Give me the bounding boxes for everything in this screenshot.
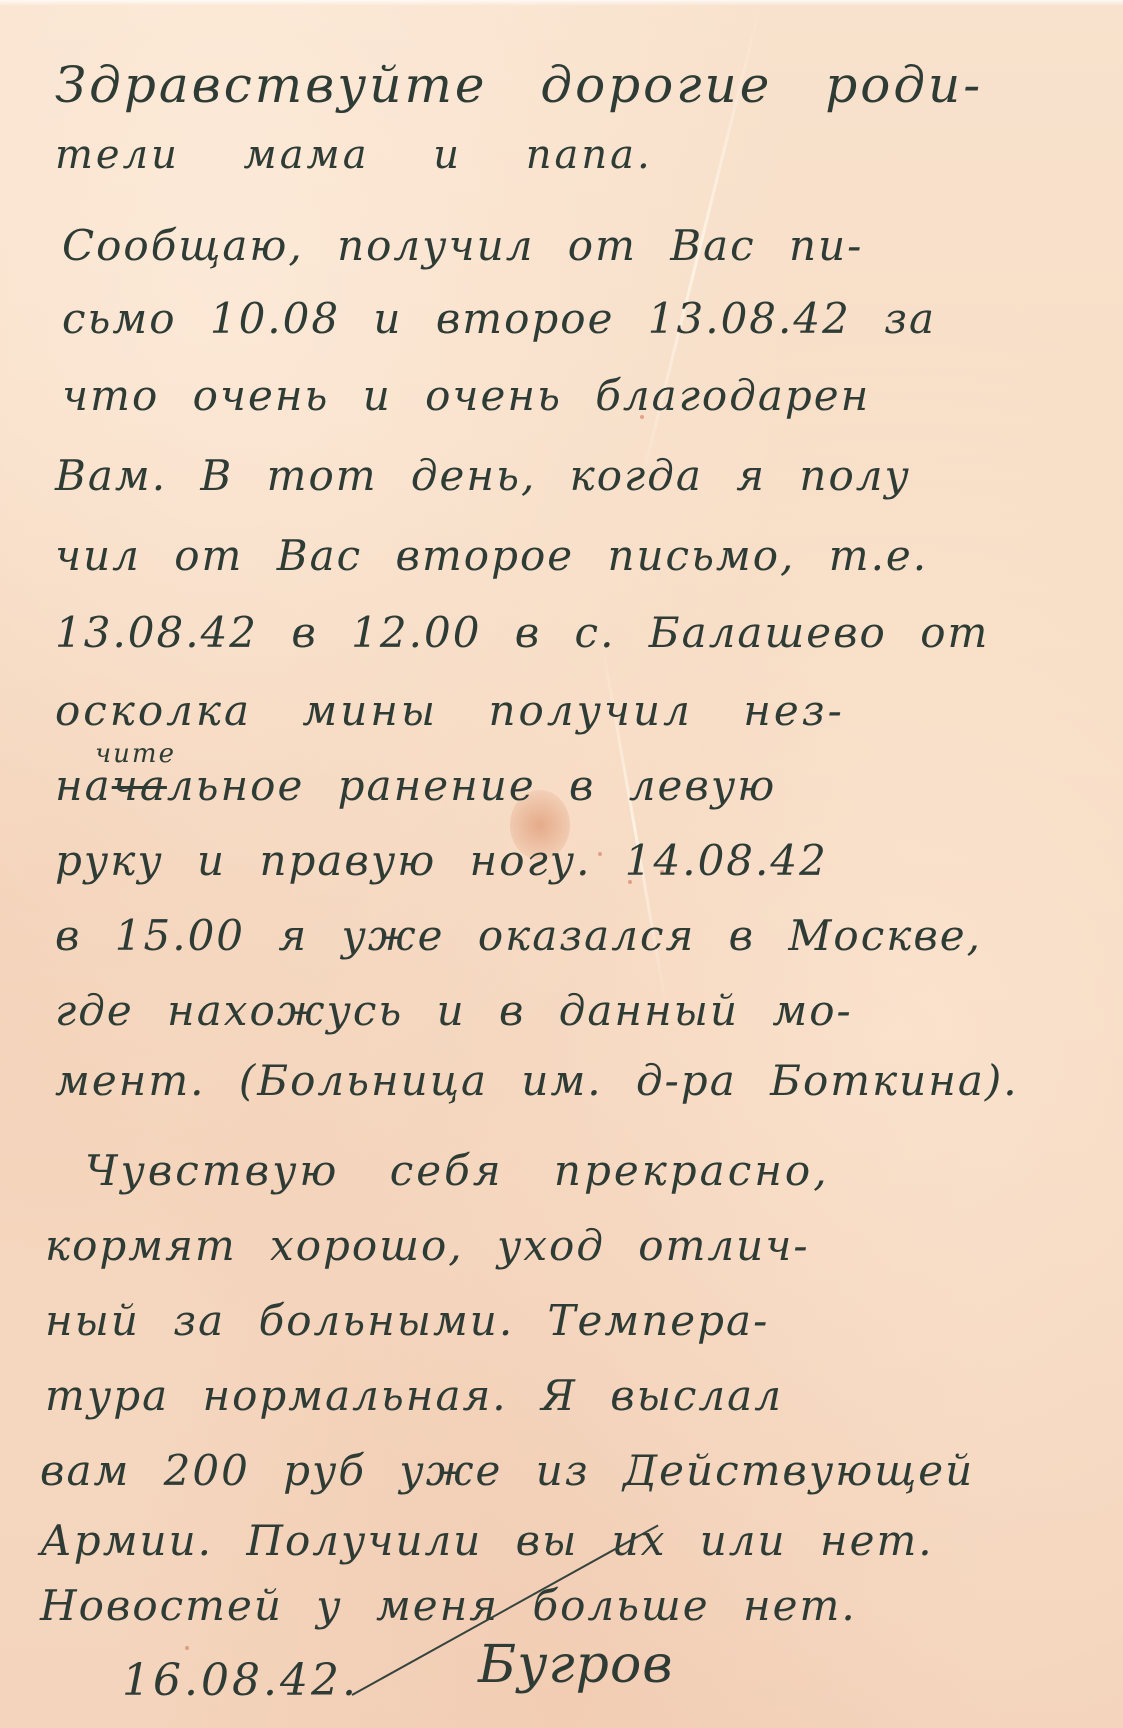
body-line-8-end: льное ранение в левую	[167, 761, 776, 810]
body-line-1: Сообщаю, получил от Вас пи-	[62, 225, 863, 267]
body-line-18: Армии. Получили вы их или нет.	[40, 1520, 934, 1562]
body-line-9: руку и правую ногу. 14.08.42	[55, 840, 828, 882]
body-line-5: чил от Вас второе письмо, т.е.	[55, 535, 928, 577]
body-line-14: кормят хорошо, уход отлич-	[45, 1225, 810, 1267]
body-line-4: Вам. В тот день, когда я полу	[55, 455, 911, 497]
body-line-16: тура нормальная. Я выслал	[45, 1375, 783, 1417]
body-line-12: мент. (Больница им. д-ра Боткина).	[55, 1060, 1019, 1102]
body-line-17: вам 200 руб уже из Действующей	[40, 1450, 974, 1492]
inserted-correction: чите	[95, 741, 176, 767]
letter-text: Здравствуйте дорогие роди- тели мама и п…	[0, 0, 1123, 1728]
letter-date: 16.08.42.	[122, 1655, 359, 1706]
body-line-11: где нахожусь и в данный мо-	[55, 990, 853, 1032]
letter-paper: Здравствуйте дорогие роди- тели мама и п…	[0, 0, 1123, 1728]
greeting-line-1: Здравствуйте дорогие роди-	[55, 60, 983, 110]
body-line-3: что очень и очень благодарен	[62, 375, 870, 417]
body-line-13: Чувствую себя прекрасно,	[85, 1150, 830, 1192]
body-line-7: осколка мины получил нез-	[55, 690, 845, 732]
signature: Бугров	[478, 1635, 674, 1695]
body-line-8: начачительное ранение в левую	[55, 765, 776, 807]
body-line-6: 13.08.42 в 12.00 в с. Балашево от	[55, 612, 989, 654]
body-line-10: в 15.00 я уже оказался в Москве,	[55, 915, 982, 957]
body-line-2: сьмо 10.08 и второе 13.08.42 за	[62, 298, 936, 340]
greeting-line-2: тели мама и папа.	[55, 135, 653, 175]
body-line-19: Новостей у меня больше нет.	[40, 1585, 857, 1627]
body-line-15: ный за больными. Темпера-	[45, 1300, 769, 1342]
